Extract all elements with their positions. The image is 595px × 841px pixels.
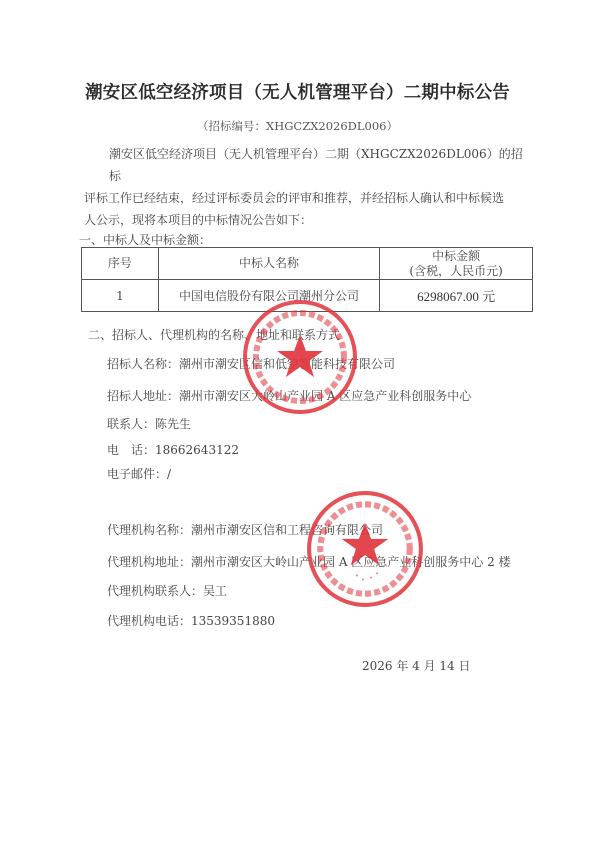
header-amount-line2: (含税，人民币元) [380,264,532,279]
contact-email: 电子邮件：/ [107,465,171,482]
header-winner: 中标人名称 [158,248,379,280]
bid-number: （招标编号：XHGCZX2026DL006） [0,118,595,134]
contact-phone: 电 话：18662643122 [107,441,239,458]
table-header-row: 序号 中标人名称 中标金额 (含税，人民币元) [82,248,533,280]
page-title: 潮安区低空经济项目（无人机管理平台）二期中标公告 [0,79,595,104]
intro-line-1: 潮安区低空经济项目（无人机管理平台）二期（XHGCZX2026DL006）的招标 [84,143,524,187]
tenderer-seal-icon [240,297,360,417]
header-index: 序号 [82,248,159,280]
section-1-heading: 一、中标人及中标金额： [79,231,211,248]
cell-index: 1 [82,280,159,312]
agent-phone: 代理机构电话：13539351880 [107,612,275,629]
intro-line-2: 评标工作已经结束，经过评标委员会的评审和推荐，并经招标人确认和中标候选 [84,187,524,209]
header-amount-line1: 中标金额 [380,249,532,264]
header-amount: 中标金额 (含税，人民币元) [380,248,533,280]
announcement-date: 2026 年 4 月 14 日 [362,657,471,674]
agent-seal-icon [304,488,426,610]
intro-line-3: 人公示，现将本项目的中标情况公告如下： [84,209,524,231]
intro-paragraph: 潮安区低空经济项目（无人机管理平台）二期（XHGCZX2026DL006）的招标… [84,143,524,231]
contact-person: 联系人：陈先生 [107,415,191,432]
agent-contact: 代理机构联系人：吴工 [107,582,227,599]
cell-amount: 6298067.00 元 [380,280,533,312]
